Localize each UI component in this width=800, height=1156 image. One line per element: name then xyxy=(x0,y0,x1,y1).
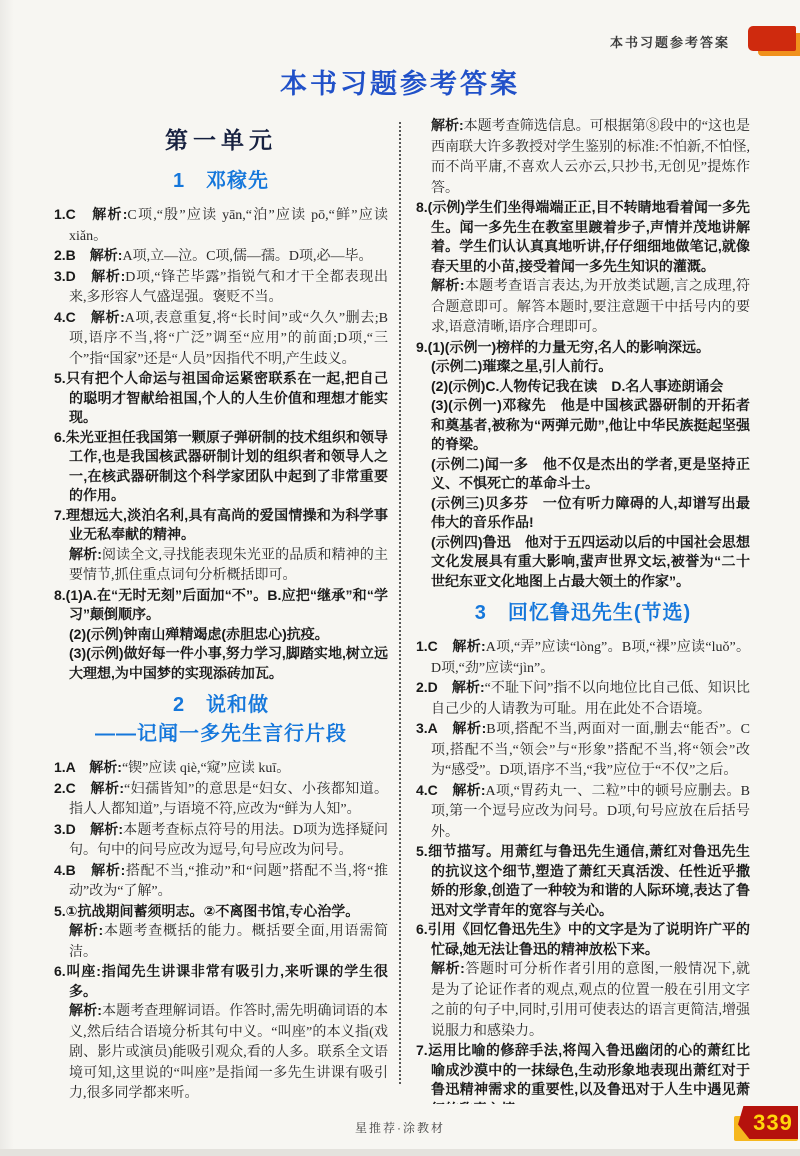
answer-item: (示例二)璀璨之星,引人前行。 xyxy=(416,357,750,377)
answer-bold-text: 1.C 解析: xyxy=(416,638,486,654)
answer-explanation: 解析:阅读全文,寻找能表现朱光亚的品质和精神的主要情节,抓住重点词句分析概括即可… xyxy=(54,545,388,586)
answer-item: 6.引用《回忆鲁迅先生》中的文字是为了说明许广平的忙碌,她无法让鲁迅的精神放松下… xyxy=(416,920,750,959)
page-number: 339 xyxy=(743,1110,793,1136)
answer-bold-text: 解析: xyxy=(69,1002,102,1018)
answer-columns: 第一单元1 邓稼先1.C 解析:C项,“殷”应读 yān,“泊”应读 pō,“鲜… xyxy=(54,116,750,1104)
answer-bold-text: 6.朱光亚担任我国第一颗原子弹研制的技术组织和领导工作,也是我国核武器研制计划的… xyxy=(54,429,388,504)
answer-bold-text: 5.①抗战期间蓄须明志。②不离图书馆,专心治学。 xyxy=(54,903,359,919)
answer-bold-text: 5.只有把个人命运与祖国命运紧密联系在一起,把自己的聪明才智献给祖国,个人的人生… xyxy=(54,370,388,425)
answer-bold-text: (示例二)璀璨之星,引人前行。 xyxy=(431,358,612,374)
column-divider xyxy=(399,122,401,1084)
answer-bold-text: 4.C 解析: xyxy=(416,782,486,798)
unit-heading: 第一单元 xyxy=(54,122,388,155)
header-section-label: 本书习题参考答案 xyxy=(610,32,730,51)
answer-bold-text: 4.C 解析: xyxy=(54,309,125,325)
answer-explanation: 3.D 解析:D项,“锋芒毕露”指锐气和才干全都表现出来,多形容人气盛逞强。褒贬… xyxy=(54,267,388,308)
answer-bold-text: 4.B 解析: xyxy=(54,862,125,878)
answer-bold-text: 2.B 解析: xyxy=(54,247,122,263)
explanation-text: 阅读全文,寻找能表现朱光亚的品质和精神的主要情节,抓住重点词句分析概括即可。 xyxy=(69,548,388,584)
book-page: 本书习题参考答案 本书习题参考答案 第一单元1 邓稼先1.C 解析:C项,“殷”… xyxy=(0,0,800,1156)
answer-bold-text: 2.C 解析: xyxy=(54,780,124,796)
answer-item: (示例三)贝多芬 一位有听力障碍的人,却谱写出最伟大的音乐作品! xyxy=(416,494,750,533)
answer-bold-text: 8.(1)A.在“无时无刻”后面加“不”。B.应把“继承”和“学习”颠倒顺序。 xyxy=(54,587,388,623)
answer-item: (示例四)鲁迅 他对于五四运动以后的中国社会思想文化发展具有重大影响,蜚声世界文… xyxy=(416,533,750,592)
lesson-heading-line: 2 说和做 xyxy=(54,691,388,720)
answer-bold-text: 3.D 解析: xyxy=(54,821,123,837)
column-right: 解析:本题考查筛选信息。可根据第⑧段中的“这也是西南联大许多教授对学生鉴别的标准… xyxy=(416,116,750,1104)
column-left: 第一单元1 邓稼先1.C 解析:C项,“殷”应读 yān,“泊”应读 pō,“鲜… xyxy=(54,116,388,1104)
answer-item: (2)(示例)钟南山殚精竭虑(赤胆忠心)抗疫。 xyxy=(54,625,388,645)
answer-item: 5.只有把个人命运与祖国命运紧密联系在一起,把自己的聪明才智献给祖国,个人的人生… xyxy=(54,369,388,428)
answer-bold-text: 解析: xyxy=(431,960,465,976)
answer-bold-text: 7.理想远大,淡泊名利,具有高尚的爱国情操和为科学事业无私奉献的精神。 xyxy=(54,507,388,543)
answer-explanation: 1.C 解析:C项,“殷”应读 yān,“泊”应读 pō,“鲜”应读 xiǎn。 xyxy=(54,205,388,246)
answer-bold-text: 解析: xyxy=(431,117,464,133)
answer-bold-text: 8.(示例)学生们坐得端端正正,目不转睛地看着闻一多先生。闻一多先生在教室里踱着… xyxy=(416,199,750,274)
answer-explanation: 1.A 解析:“锲”应读 qiè,“窥”应读 kuī。 xyxy=(54,758,388,779)
answer-bold-text: 2.D 解析: xyxy=(416,679,485,695)
answer-item: (2)(示例)C.人物传记我在读 D.名人事迹朗诵会 xyxy=(416,377,750,397)
answer-item: 9.(1)(示例一)榜样的力量无穷,名人的影响深远。 xyxy=(416,338,750,358)
answer-item: 7.运用比喻的修辞手法,将闯入鲁迅幽闭的心的萧红比喻成沙漠中的一抹绿色,生动形象… xyxy=(416,1041,750,1104)
answer-explanation: 解析:本题考查语言表达,为开放类试题,言之成理,符合题意即可。解答本题时,要注意… xyxy=(416,276,750,338)
answer-bold-text: 6.叫座:指闻先生讲课非常有吸引力,来听课的学生很多。 xyxy=(54,963,388,999)
answer-bold-text: 1.A 解析: xyxy=(54,759,122,775)
answer-explanation: 1.C 解析:A项,“弄”应读“lòng”。B项,“裸”应读“luǒ”。D项,“… xyxy=(416,637,750,678)
answer-explanation: 2.C 解析:“妇孺皆知”的意思是“妇女、小孩都知道。指人人都知道”,与语境不符… xyxy=(54,779,388,820)
page-number-badge: 339 xyxy=(726,1106,798,1144)
answer-bold-text: 1.C 解析: xyxy=(54,206,127,222)
answer-explanation: 4.C 解析:A项,“胃药丸一、二粒”中的顿号应删去。B项,第一个逗号应改为问号… xyxy=(416,781,750,843)
answer-item: 5.细节描写。用萧红与鲁迅先生通信,萧红对鲁迅先生的抗议这个细节,塑造了萧红天真… xyxy=(416,842,750,920)
answer-explanation: 2.D 解析:“不耻下问”指不以向地位比自己低、知识比自己少的人请教为可耻。用在… xyxy=(416,678,750,719)
answer-bold-text: 9.(1)(示例一)榜样的力量无穷,名人的影响深远。 xyxy=(416,339,710,355)
answer-bold-text: 解析: xyxy=(431,277,464,293)
answer-item: 8.(1)A.在“无时无刻”后面加“不”。B.应把“继承”和“学习”颠倒顺序。 xyxy=(54,586,388,625)
answer-explanation: 3.A 解析:B项,搭配不当,两面对一面,删去“能否”。C项,搭配不当,“领会”… xyxy=(416,719,750,781)
section-tab-icon xyxy=(746,24,800,58)
answer-bold-text: (示例三)贝多芬 一位有听力障碍的人,却谱写出最伟大的音乐作品! xyxy=(431,495,750,531)
answer-explanation: 解析:答题时可分析作者引用的意图,一般情况下,就是为了论证作者的观点,观点的位置… xyxy=(416,959,750,1041)
answer-explanation: 4.C 解析:A项,表意重复,将“长时间”或“久久”删去;B项,语序不当,将“广… xyxy=(54,308,388,370)
tab-face-shape xyxy=(748,26,796,51)
explanation-text: 本题考查语言表达,为开放类试题,言之成理,符合题意即可。解答本题时,要注意题干中… xyxy=(431,279,750,335)
answer-bold-text: 6.引用《回忆鲁迅先生》中的文字是为了说明许广平的忙碌,她无法让鲁迅的精神放松下… xyxy=(416,921,750,957)
lesson-heading-line: 1 邓稼先 xyxy=(54,167,388,196)
explanation-text: “锲”应读 qiè,“窥”应读 kuī。 xyxy=(122,761,290,776)
answer-item: 5.①抗战期间蓄须明志。②不离图书馆,专心治学。 xyxy=(54,902,388,922)
answer-bold-text: (3)(示例一)邓稼先 他是中国核武器研制的开拓者和奠基者,被称为“两弹元勋”,… xyxy=(431,397,750,452)
answer-explanation: 2.B 解析:A项,立—泣。C项,儒—孺。D项,必—毕。 xyxy=(54,246,388,267)
answer-bold-text: (2)(示例)C.人物传记我在读 D.名人事迹朗诵会 xyxy=(431,378,723,394)
footer-brand: 星推荐·涂教材 xyxy=(0,1119,800,1136)
answer-bold-text: (3)(示例)做好每一件小事,努力学习,脚踏实地,树立远大理想,为中国梦的实现添… xyxy=(69,645,388,681)
answer-bold-text: (示例二)闻一多 他不仅是杰出的学者,更是坚持正义、不惧死亡的革命斗士。 xyxy=(431,456,750,492)
lesson-heading: 1 邓稼先 xyxy=(54,167,388,196)
answer-explanation: 解析:本题考查概括的能力。概括要全面,用语需简洁。 xyxy=(54,921,388,962)
lesson-heading-line: ——记闻一多先生言行片段 xyxy=(54,720,388,749)
answer-item: 8.(示例)学生们坐得端端正正,目不转睛地看着闻一多先生。闻一多先生在教室里踱着… xyxy=(416,198,750,276)
lesson-heading: 2 说和做——记闻一多先生言行片段 xyxy=(54,691,388,749)
answer-item: 6.朱光亚担任我国第一颗原子弹研制的技术组织和领导工作,也是我国核武器研制计划的… xyxy=(54,428,388,506)
explanation-text: 答题时可分析作者引用的意图,一般情况下,就是为了论证作者的观点,观点的位置一般在… xyxy=(431,962,750,1039)
answer-bold-text: (示例四)鲁迅 他对于五四运动以后的中国社会思想文化发展具有重大影响,蜚声世界文… xyxy=(431,534,750,589)
answer-item: 7.因为汪曾祺对李贺诗歌特点的分析准确形象,说法新颖有创意,没有人云亦云,闻先生… xyxy=(54,1104,388,1105)
answer-item: 6.叫座:指闻先生讲课非常有吸引力,来听课的学生很多。 xyxy=(54,962,388,1001)
answer-explanation: 3.D 解析:本题考查标点符号的用法。D项为选择疑问句。句中的问号应改为逗号,句… xyxy=(54,820,388,861)
answer-bold-text: 5.细节描写。用萧红与鲁迅先生通信,萧红对鲁迅先生的抗议这个细节,塑造了萧红天真… xyxy=(416,843,750,918)
explanation-text: 本题考查筛选信息。可根据第⑧段中的“这也是西南联大许多教授对学生鉴别的标准:不怕… xyxy=(431,119,750,196)
answer-explanation: 解析:本题考查筛选信息。可根据第⑧段中的“这也是西南联大许多教授对学生鉴别的标准… xyxy=(416,116,750,198)
badge-ribbon-shape: 339 xyxy=(738,1106,798,1139)
answer-bold-text: 3.A 解析: xyxy=(416,720,486,736)
lesson-heading: 3 回忆鲁迅先生(节选) xyxy=(416,599,750,628)
answer-bold-text: 解析: xyxy=(69,922,103,938)
explanation-text: 本题考查概括的能力。概括要全面,用语需简洁。 xyxy=(69,924,388,960)
answer-item: 7.理想远大,淡泊名利,具有高尚的爱国情操和为科学事业无私奉献的精神。 xyxy=(54,506,388,545)
answer-item: (3)(示例一)邓稼先 他是中国核武器研制的开拓者和奠基者,被称为“两弹元勋”,… xyxy=(416,396,750,455)
explanation-text: 本题考查理解词语。作答时,需先明确词语的本义,然后结合语境分析其句中义。“叫座”… xyxy=(69,1004,388,1101)
page-header: 本书习题参考答案 xyxy=(610,24,800,58)
answer-bold-text: 解析: xyxy=(69,546,102,562)
lesson-heading-line: 3 回忆鲁迅先生(节选) xyxy=(416,599,750,628)
explanation-text: A项,立—泣。C项,儒—孺。D项,必—毕。 xyxy=(122,249,372,264)
answer-bold-text: 7.运用比喻的修辞手法,将闯入鲁迅幽闭的心的萧红比喻成沙漠中的一抹绿色,生动形象… xyxy=(416,1042,750,1104)
answer-item: (3)(示例)做好每一件小事,努力学习,脚踏实地,树立远大理想,为中国梦的实现添… xyxy=(54,644,388,683)
answer-item: (示例二)闻一多 他不仅是杰出的学者,更是坚持正义、不惧死亡的革命斗士。 xyxy=(416,455,750,494)
answer-bold-text: 3.D 解析: xyxy=(54,268,125,284)
answer-explanation: 4.B 解析:搭配不当,“推动”和“问题”搭配不当,将“推动”改为“了解”。 xyxy=(54,861,388,902)
answer-explanation: 解析:本题考查理解词语。作答时,需先明确词语的本义,然后结合语境分析其句中义。“… xyxy=(54,1001,388,1104)
answer-bold-text: (2)(示例)钟南山殚精竭虑(赤胆忠心)抗疫。 xyxy=(69,626,329,642)
